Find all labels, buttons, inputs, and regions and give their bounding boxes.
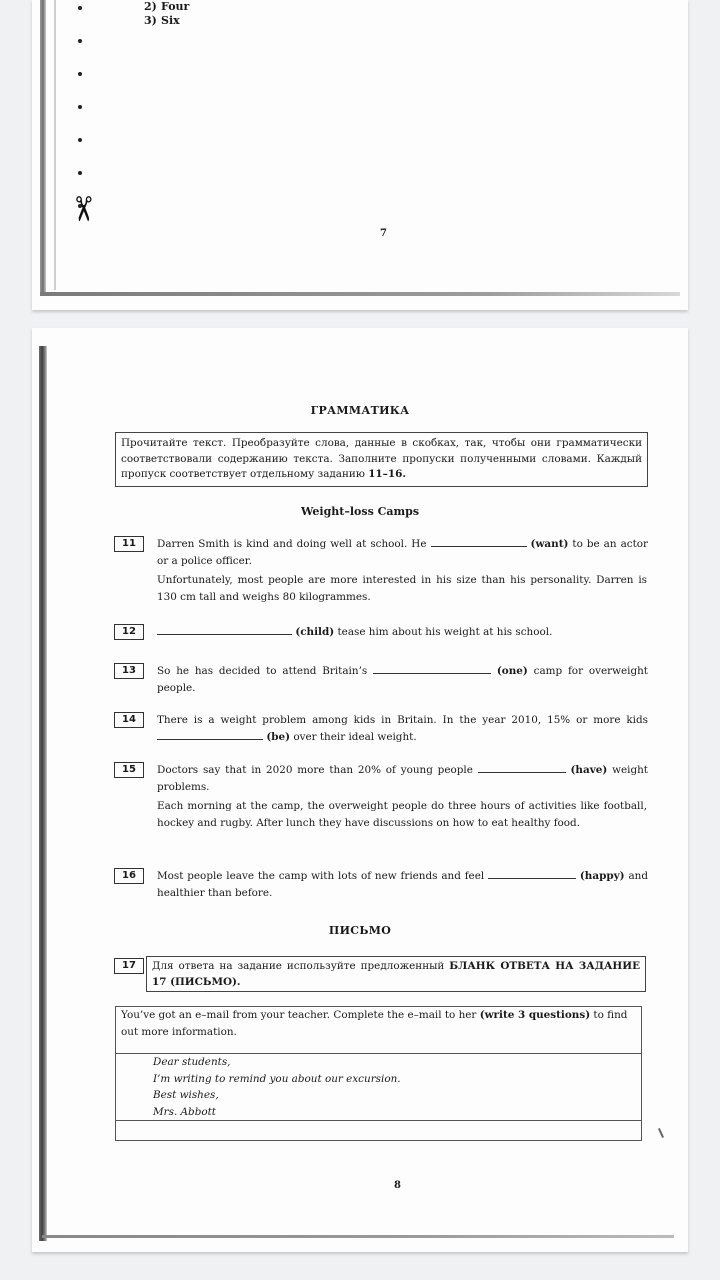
page-number: 7 [380, 228, 387, 239]
task-11: 11 Darren Smith is kind and doing well a… [114, 536, 648, 570]
task-text: There is a weight problem among kids in … [157, 712, 648, 746]
task-text-before: Darren Smith is kind and doing well at s… [157, 538, 431, 550]
task-text-after: over their ideal weight. [290, 731, 417, 743]
task-14: 14 There is a weight problem among kids … [114, 712, 648, 746]
task-text-before: Most people leave the camp with lots of … [157, 870, 488, 882]
word-hint: (child) [295, 626, 334, 638]
task-number: 17 [114, 958, 144, 974]
email-intro-text: You’ve got an e–mail from your teacher. … [121, 1009, 480, 1021]
answer-blank[interactable] [373, 663, 491, 674]
email-body: Dear students, I’m writing to remind you… [116, 1054, 641, 1121]
option-text: Four [161, 0, 189, 13]
instruction-box: Прочитайте текст. Преобразуйте слова, да… [115, 432, 648, 487]
page-binding-edge [40, 0, 46, 294]
page-8: ГРАММАТИКА Прочитайте текст. Преобразуйт… [32, 328, 688, 1252]
task-number: 11 [114, 536, 144, 552]
page-margin-line [54, 0, 56, 290]
task-text: Most people leave the camp with lots of … [157, 868, 648, 902]
page-7: ✂ 2)Four 3)Six 7 [32, 0, 688, 310]
task-text: Doctors say that in 2020 more than 20% o… [157, 762, 648, 796]
email-intro: You’ve got an e–mail from your teacher. … [116, 1007, 641, 1054]
instruction-range: 11–16. [368, 468, 406, 480]
task-number: 15 [114, 762, 144, 778]
email-message: I’m writing to remind you about our excu… [153, 1071, 641, 1088]
option-item: 2)Four [144, 0, 189, 14]
task-16: 16 Most people leave the camp with lots … [114, 868, 648, 902]
pen-mark [658, 1128, 664, 1138]
task-text: Darren Smith is kind and doing well at s… [157, 536, 648, 570]
task-number: 16 [114, 868, 144, 884]
task-text: (child) tease him about his weight at hi… [157, 624, 648, 641]
task-number: 13 [114, 663, 144, 679]
answer-blank[interactable] [431, 536, 527, 547]
task-number: 12 [114, 624, 144, 640]
task-text-before: There is a weight problem among kids in … [157, 714, 648, 726]
email-greeting: Dear students, [153, 1054, 641, 1071]
task-number: 14 [114, 712, 144, 728]
task-15: 15 Doctors say that in 2020 more than 20… [114, 762, 648, 796]
answer-blank[interactable] [157, 729, 263, 740]
scissors-icon: ✂ [65, 195, 99, 224]
option-number: 2) [144, 0, 161, 14]
word-hint: (one) [497, 665, 528, 677]
task-text-after: tease him about his weight at his school… [334, 626, 552, 638]
word-hint: (be) [266, 731, 290, 743]
email-intro-emphasis: (write 3 questions) [480, 1009, 590, 1021]
answer-blank[interactable] [488, 868, 576, 879]
email-task-box: You’ve got an e–mail from your teacher. … [115, 1006, 642, 1141]
writing-section-title: ПИСЬМО [32, 924, 688, 937]
option-number: 3) [144, 14, 161, 28]
task-text-before: So he has decided to attend Britain’s [157, 665, 373, 677]
page-number: 8 [394, 1180, 401, 1191]
email-signature: Mrs. Abbott [153, 1104, 641, 1121]
cut-dot [78, 138, 82, 142]
option-item: 3)Six [144, 14, 189, 28]
story-paragraph: Each morning at the camp, the overweight… [157, 798, 647, 832]
page-bottom-edge [42, 1235, 674, 1238]
grammar-section-title: ГРАММАТИКА [32, 404, 688, 417]
task-text: So he has decided to attend Britain’s (o… [157, 663, 648, 697]
answer-blank[interactable] [157, 624, 292, 635]
answer-blank[interactable] [478, 762, 566, 773]
word-hint: (have) [570, 764, 607, 776]
page-bottom-edge [40, 292, 680, 296]
task-17-text: Для ответа на задание используйте предло… [152, 960, 449, 972]
task-text-before: Doctors say that in 2020 more than 20% o… [157, 764, 478, 776]
task-12: 12 (child) tease him about his weight at… [114, 624, 648, 641]
cut-dot [78, 105, 82, 109]
cut-dot [78, 72, 82, 76]
answer-options: 2)Four 3)Six [144, 0, 189, 28]
cut-dot [78, 6, 82, 10]
cut-dot [78, 39, 82, 43]
task-13: 13 So he has decided to attend Britain’s… [114, 663, 648, 697]
option-text: Six [161, 14, 180, 27]
task-17-instruction: Для ответа на задание используйте предло… [146, 956, 646, 992]
cut-dot [78, 171, 82, 175]
story-title: Weight–loss Camps [32, 505, 688, 518]
story-paragraph: Unfortunately, most people are more inte… [157, 572, 647, 606]
page-binding-edge [39, 346, 47, 1241]
word-hint: (want) [531, 538, 569, 550]
email-closing: Best wishes, [153, 1087, 641, 1104]
word-hint: (happy) [580, 870, 625, 882]
